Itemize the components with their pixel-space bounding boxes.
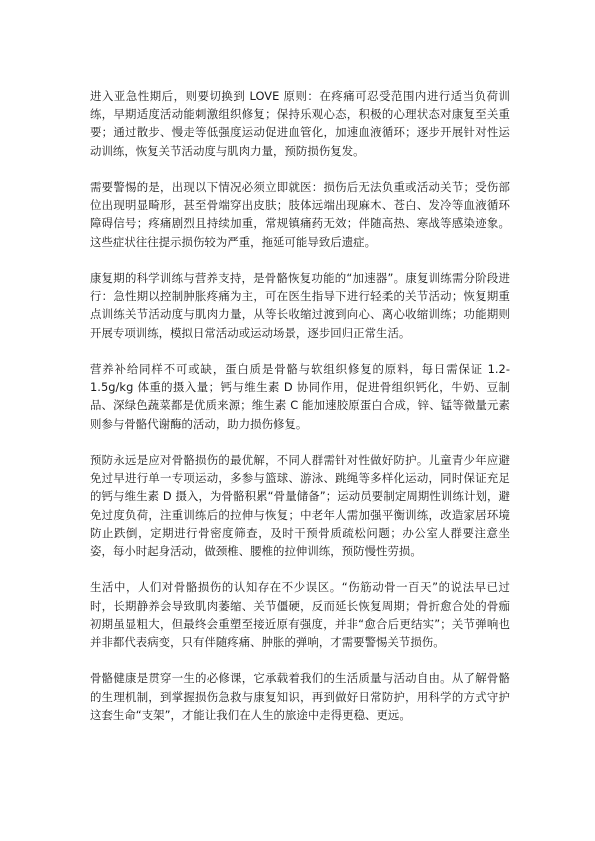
paragraph-prevention: 预防永远是应对骨骼损伤的最优解，不同人群需针对性做好防护。儿童青少年应避免过早进… [90,451,510,560]
paragraph-misconceptions: 生活中，人们对骨骼损伤的认知存在不少误区。“伤筋动骨一百天”的说法早已过时，长期… [90,578,510,651]
paragraph-love-principle: 进入亚急性期后，则要切换到 LOVE 原则：在疼痛可忍受范围内进行适当负荷训练，… [90,87,510,160]
paragraph-conclusion: 骨骼健康是贯穿一生的必修课，它承载着我们的生活质量与活动自由。从了解骨骼的生理机… [90,669,510,724]
paragraph-rehab-training: 康复期的科学训练与营养支持，是骨骼恢复功能的“加速器”。康复训练需分阶段进行：急… [90,269,510,342]
paragraph-nutrition: 营养补给同样不可或缺，蛋白质是骨骼与软组织修复的原料，每日需保证 1.2-1.5… [90,360,510,433]
document-page: 进入亚急性期后，则要切换到 LOVE 原则：在疼痛可忍受范围内进行适当负荷训练，… [90,87,510,742]
paragraph-warning-signs: 需要警惕的是，出现以下情况必须立即就医：损伤后无法负重或活动关节；受伤部位出现明… [90,178,510,251]
